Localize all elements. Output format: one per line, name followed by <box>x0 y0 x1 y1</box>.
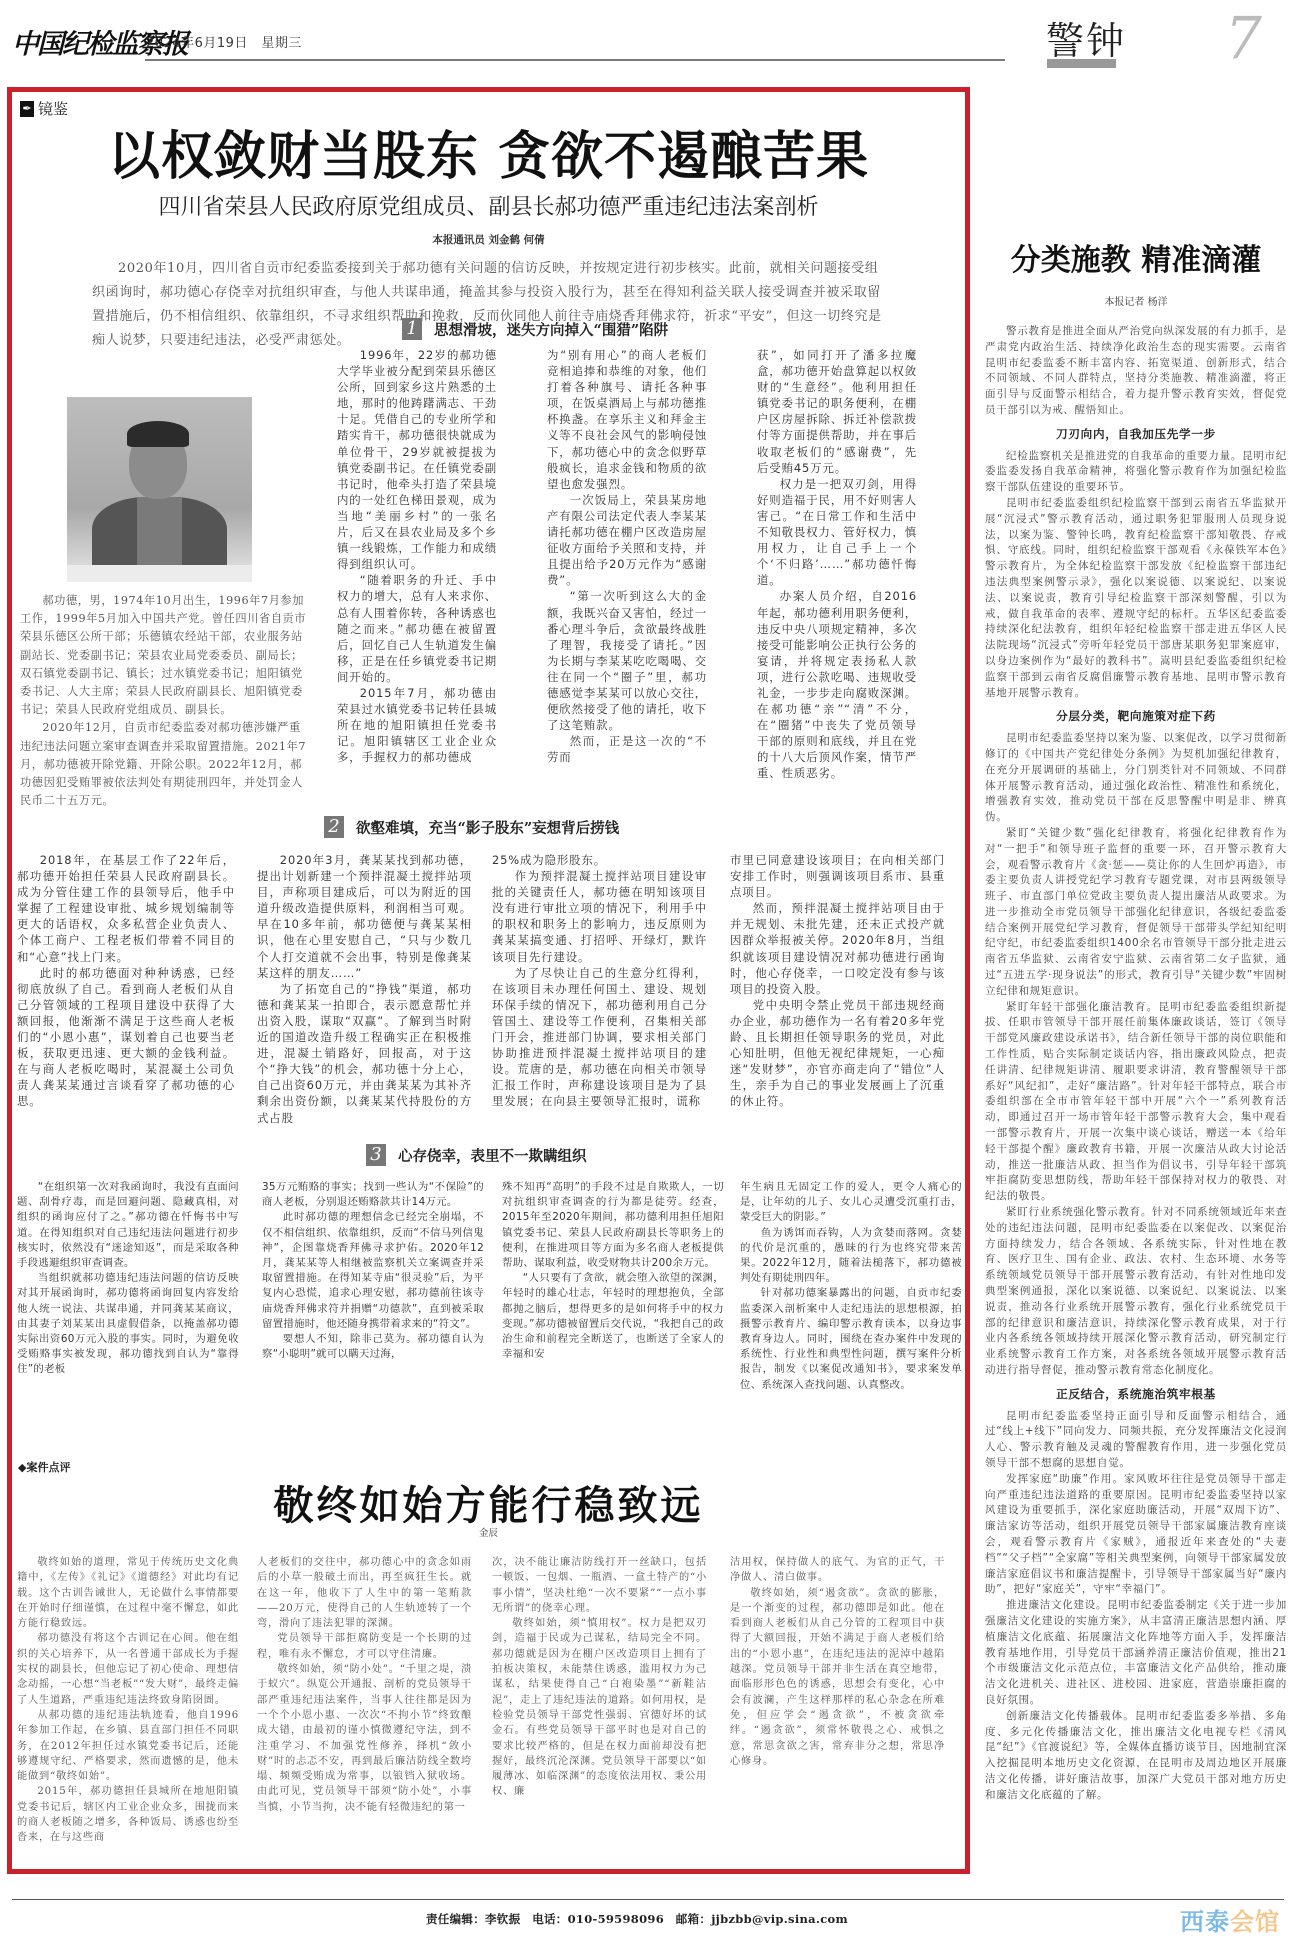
sidebar-body: 警示教育是推进全面从严治党向纵深发展的有力抓手，是严肃党内政治生活、持续净化政治… <box>985 324 1287 1804</box>
commentary-tag: ◆案件点评 <box>18 1459 70 1475</box>
paragraph: 35万元贿赂的事实；找到一些认为“不保险”的商人老板，分别退还贿赂款共计14万元… <box>262 1180 484 1210</box>
section-3-column-1: “在组织第一次对我函询时，我没有直面问题、刮骨疗毒，而是回避问题、隐藏真相，对组… <box>17 1180 239 1378</box>
subheadline: 四川省荣县人民政府原党组成员、副县长郝功德严重违纪违法案剖析 <box>12 190 965 221</box>
paragraph: 要想人不知，除非己莫为。郝功德自认为察“小聪明”就可以瞒天过海， <box>262 1332 484 1362</box>
paragraph: 党中央明令禁止党员干部违规经商办企业，郝功德作为一名有着20多年党龄、且长期担任… <box>730 997 945 1110</box>
paragraph: 为了尽快让自己的生意分红得利，在该项目未办理任何国土、建设、规划环保手续的情况下… <box>492 965 707 1110</box>
paragraph: 为了拓宽自己的“挣钱”渠道，郝功德和龚某某一拍即合，表示愿意帮忙并出资入股，谋取… <box>257 981 472 1126</box>
sidebar-subheading: 刀刃向内，自我加压先学一步 <box>985 427 1287 443</box>
bio-paragraph: 郝功德，男，1974年10月出生，1996年7月参加工作，1999年5月加入中国… <box>20 592 310 719</box>
paragraph: 获”，如同打开了潘多拉魔盒，郝功德开始盘算起以权敛财的“生意经”。他利用担任镇党… <box>757 347 917 476</box>
commentary-title: 敬终如始方能行稳致远 <box>12 1474 965 1531</box>
paragraph: 纪检监察机关是推进党的自我革命的重要力量。昆明市纪委监委发扬自我革命精神，将强化… <box>985 449 1287 496</box>
paragraph: 推进廉洁文化建设。昆明市纪委监委制定《关于进一步加强廉洁文化建设的实施方案》，从… <box>985 1598 1287 1709</box>
paragraph: 作为预拌混凝土搅拌站项目建设审批的关键责任人，郝功德在明知该项目没有进行审批立项… <box>492 868 707 965</box>
paragraph: “在组织第一次对我函询时，我没有直面问题、刮骨疗毒，而是回避问题、隐藏真相，对组… <box>17 1180 239 1271</box>
photo-hair-shape <box>127 421 189 447</box>
sidebar-subheading: 分层分类，靶向施策对症下药 <box>985 709 1287 725</box>
paragraph: 敬终如始，须“遏贪欲”。贪欲的膨胀，是一个渐变的过程，郝功德即是如此。他在看到商… <box>730 1586 945 1770</box>
photo-floor-shape <box>67 565 252 582</box>
section-1-column-1: 1996年，22岁的郝功德大学毕业被分配到荣县乐德区公所，回到家乡这片熟悉的土地… <box>337 347 497 765</box>
biography: 郝功德，男，1974年10月出生，1996年7月参加工作，1999年5月加入中国… <box>20 592 310 810</box>
paragraph: 市里已同意建设该项目；在向相关部门安排工作时，则强调该项目系市、县重点项目。 <box>730 852 945 900</box>
paragraph: 25%成为隐形股东。 <box>492 852 707 868</box>
sidebar-story: 分类施教 精准滴灌 本报记者 杨洋 警示教育是推进全面从严治党向纵深发展的有力抓… <box>985 220 1287 1804</box>
portrait-photo <box>67 397 252 582</box>
paragraph: 昆明市纪委监委坚持正面引导和反面警示相结合，通过“线上+线下”同向发力、同频共振… <box>985 1409 1287 1472</box>
paragraph: 敬终如始的道理，常见于传统历史文化典籍中，《左传》《礼记》《道德经》对此均有记载… <box>17 1555 239 1631</box>
paragraph: 年生病且无固定工作的爱人，更令人痛心的是，让年幼的儿子、女儿心灵遭受沉重打击，蒙… <box>740 1180 962 1226</box>
sidebar-intro: 警示教育是推进全面从严治党向纵深发展的有力抓手，是严肃党内政治生活、持续净化政治… <box>985 324 1287 419</box>
paragraph: 一次饭局上，荣县某房地产有限公司法定代表人李某某请托郝功德在棚户区改造房屋征收方… <box>547 492 707 589</box>
paragraph: 紧盯“关键少数”强化纪律教育，将强化纪律教育作为对“一把手”和领导班子监督的重要… <box>985 826 1287 1000</box>
section-underline <box>1047 59 1116 68</box>
section-1-column-2: 为“别有用心”的商人老板们竞相追捧和恭维的对象，他们打着各种旗号、请托各种事项，… <box>547 347 707 765</box>
section-name: 警钟 <box>1046 10 1126 65</box>
paragraph: 为“别有用心”的商人老板们竞相追捧和恭维的对象，他们打着各种旗号、请托各种事项，… <box>547 347 707 492</box>
section-2-heading: 2 欲壑难填，充当“影子股东”妄想背后捞钱 <box>324 816 619 838</box>
paragraph: 创新廉洁文化传播载体。昆明市纪委监委多举措、多角度、多元化传播廉洁文化，推出廉洁… <box>985 1709 1287 1804</box>
paragraph: 敬终如始，须“慎用权”。权力是把双刃剑，造福于民或为己谋私，结局完全不同。郝功德… <box>492 1616 707 1800</box>
paragraph: 当组织就郝功德违纪违法问题的信访反映对其开展函询时，郝功德将函询回复内容发给他人… <box>17 1271 239 1377</box>
footer-rule <box>12 1899 1284 1900</box>
bio-paragraph: 2020年12月，自贡市纪委监委对郝功德涉嫌严重违纪违法问题立案审查调查并采取留… <box>20 719 310 810</box>
section-3-heading: 3 心存侥幸，表里不一欺瞒组织 <box>366 1144 587 1166</box>
section-title: 欲壑难填，充当“影子股东”妄想背后捞钱 <box>356 817 619 838</box>
section-3-column-2: 35万元贿赂的事实；找到一些认为“不保险”的商人老板，分别退还贿赂款共计14万元… <box>262 1180 484 1362</box>
paragraph: 昆明市纪委监委组织纪检监察干部到云南省五华监狱开展“沉浸式”警示教育活动，通过职… <box>985 496 1287 701</box>
commentary-column-4: 洁用权，保持做人的底气、为官的正气，干净做人、清白做事。 敬终如始，须“遏贪欲”… <box>730 1555 945 1769</box>
paragraph: 2018年，在基层工作了22年后，郝功德开始担任荣县人民政府副县长。成为分管住建… <box>17 852 235 965</box>
sidebar-byline: 本报记者 杨洋 <box>985 293 1287 308</box>
paragraph: 此时的郝功德面对种种诱惑，已经彻底放纵了自己。看到商人老板们从自己分管领域的工程… <box>17 965 235 1110</box>
paragraph: 殊不知再“高明”的手段不过是自欺欺人，一切对抗组织审查调查的行为都是徒劳。经查，… <box>502 1180 724 1271</box>
paragraph: 2020年3月，龚某某找到郝功德，提出计划新建一个预拌混凝土搅拌站项目，声称项目… <box>257 852 472 981</box>
section-title: 思想滑坡，迷失方向掉入“围猎”陷阱 <box>434 319 668 340</box>
sidebar-subheading: 正反结合，系统施治筑牢根基 <box>985 1387 1287 1403</box>
section-3-column-3: 殊不知再“高明”的手段不过是自欺欺人，一切对抗组织审查调查的行为都是徒劳。经查，… <box>502 1180 724 1362</box>
paragraph: 党员领导干部拒腐防变是一个长期的过程，唯有永不懈怠，才可以守住清廉。 <box>257 1631 472 1662</box>
paragraph: 然而，预拌混凝土搅拌站项目由于并无规划、未批先建，还未正式投产就因群众举报被关停… <box>730 900 945 997</box>
paragraph: 此时郝功德的理想信念已经完全崩塌，不仅不相信组织、依靠组织，反而“不信马列信鬼神… <box>262 1210 484 1332</box>
paragraph: 权力是一把双刃剑，用得好则造福于民，用不好则害人害己。“在日常工作和生活中不知敬… <box>757 476 917 589</box>
paragraph: 次，决不能让廉洁防线打开一丝缺口，包括一顿饭、一包烟、一瓶酒、一盒土特产的“小事… <box>492 1555 707 1616</box>
editor-contact-line: 责任编辑：李钦振 电话：010-59598096 邮箱：jjbzbb@vip.s… <box>426 1911 848 1927</box>
byline: 本报通讯员 刘金鹤 何倩 <box>12 232 965 247</box>
section-3-column-4: 年生病且无固定工作的爱人，更令人痛心的是，让年幼的儿子、女儿心灵遭受沉重打击，蒙… <box>740 1180 962 1393</box>
paragraph: 昆明市纪委监委坚持以案为鉴、以案促改，以学习贯彻新修订的《中国共产党纪律处分条例… <box>985 731 1287 826</box>
commentary-column-3: 次，决不能让廉洁防线打开一丝缺口，包括一顿饭、一包烟、一瓶酒、一盒土特产的“小事… <box>492 1555 707 1800</box>
paragraph: 1996年，22岁的郝功德大学毕业被分配到荣县乐德区公所，回到家乡这片熟悉的土地… <box>337 347 497 572</box>
section-2-column-4: 市里已同意建设该项目；在向相关部门安排工作时，则强调该项目系市、县重点项目。 然… <box>730 852 945 1110</box>
paragraph: 2015年7月，郝功德由荣县过水镇党委书记转任县城所在地的旭阳镇担任党委书记。旭… <box>337 685 497 765</box>
paragraph: 敬终如始，须“防小处”。“千里之堤，溃于蚁穴”。纵览公开通报、剖析的党员领导干部… <box>257 1662 472 1815</box>
commentary-column-2: 人老板们的交往中，郝功德心中的贪念如雨后的小草一般破土而出，再至疯狂生长。就在这… <box>257 1555 472 1815</box>
paragraph: 鱼为诱饵而吞钩，人为贪婪而落网。贪婪的代价是沉重的，愚昧的行为也终究带来苦果。2… <box>740 1226 962 1287</box>
section-title: 心存侥幸，表里不一欺瞒组织 <box>398 1145 587 1166</box>
publication-date: 2024年6月19日 星期三 <box>146 32 302 51</box>
commentary-column-1: 敬终如始的道理，常见于传统历史文化典籍中，《左传》《礼记》《道德经》对此均有记载… <box>17 1555 239 1846</box>
page-number: 7 <box>1225 4 1262 72</box>
paragraph: 紧盯行业系统强化警示教育。针对不同系统领域近年来查处的违纪违法问题，昆明市纪委监… <box>985 1205 1287 1379</box>
paragraph: 人老板们的交往中，郝功德心中的贪念如雨后的小草一般破土而出，再至疯狂生长。就在这… <box>257 1555 472 1631</box>
section-1-column-3: 获”，如同打开了潘多拉魔盒，郝功德开始盘算起以权敛财的“生意经”。他利用担任镇党… <box>757 347 917 782</box>
paragraph: 洁用权，保持做人的底气、为官的正气，干净做人、清白做事。 <box>730 1555 945 1586</box>
watermark-part: 西泰 <box>1180 1908 1230 1936</box>
commentary-byline: 金辰 <box>12 1525 965 1539</box>
paragraph: 紧盯年轻干部强化廉洁教育。昆明市纪委监委组织新提拔、任职市管领导干部开展任前集体… <box>985 1000 1287 1205</box>
section-number-badge: 3 <box>366 1144 386 1166</box>
sidebar-headline: 分类施教 精准滴灌 <box>985 235 1287 279</box>
section-number-badge: 1 <box>402 318 422 340</box>
headline: 以权敛财当股东 贪欲不遏酿苦果 <box>12 114 965 189</box>
masthead: 中国纪检监察报 2024年6月19日 星期三 警钟 7 <box>0 0 1296 80</box>
paragraph: “第一次听到这么大的金额，我既兴奋又害怕，经过一番心理斗争后，贪欲最终战胜了理智… <box>547 588 707 733</box>
paragraph: 郝功德没有将这个古训记在心间。他在组织的关心培养下，从一名普通干部成长为手握实权… <box>17 1631 239 1707</box>
watermark-logo: 西泰会馆 <box>1180 1902 1280 1937</box>
paragraph: “随着职务的升迁、手中权力的增大，总有人来求你、总有人围着你转，各种诱惑也随之而… <box>337 572 497 685</box>
masthead-rule <box>145 59 1005 61</box>
paragraph: 然而，正是这一次的“不劳而 <box>547 733 707 765</box>
paragraph: 针对郝功德案暴露出的问题，自贡市纪委监委深入剖析案中人走纪违法的思想根源，拍摄警… <box>740 1286 962 1392</box>
main-story-frame: ✒ 镜鉴 以权敛财当股东 贪欲不遏酿苦果 四川省荣县人民政府原党组成员、副县长郝… <box>7 87 970 1874</box>
paragraph: “人只要有了贪欲，就会堕入欲望的深渊，年轻时的雄心壮志，年轻时的理想抱负，全部都… <box>502 1271 724 1362</box>
section-number-badge: 2 <box>324 816 344 838</box>
paragraph: 2015年，郝功德担任县城所在地旭阳镇党委书记后，辖区内工业企业众多，围拢而来的… <box>17 1784 239 1845</box>
watermark-part: 会馆 <box>1230 1908 1280 1936</box>
section-1-heading: 1 思想滑坡，迷失方向掉入“围猎”陷阱 <box>402 318 668 340</box>
paragraph: 发挥家庭“助廉”作用。家风败坏往往是党员领导干部走向严重违纪违法道路的重要原因。… <box>985 1472 1287 1598</box>
paragraph: 从郝功德的违纪违法轨迹看，他自1996年参加工作起，在乡镇、县直部门担任不同职务… <box>17 1708 239 1784</box>
paragraph: 办案人员介绍，自2016年起，郝功德利用职务便利，违反中央八项规定精神，多次接受… <box>757 588 917 781</box>
section-2-column-1: 2018年，在基层工作了22年后，郝功德开始担任荣县人民政府副县长。成为分管住建… <box>17 852 235 1110</box>
section-2-column-2: 2020年3月，龚某某找到郝功德，提出计划新建一个预拌混凝土搅拌站项目，声称项目… <box>257 852 472 1126</box>
section-2-column-3: 25%成为隐形股东。 作为预拌混凝土搅拌站项目建设审批的关键责任人，郝功德在明知… <box>492 852 707 1110</box>
